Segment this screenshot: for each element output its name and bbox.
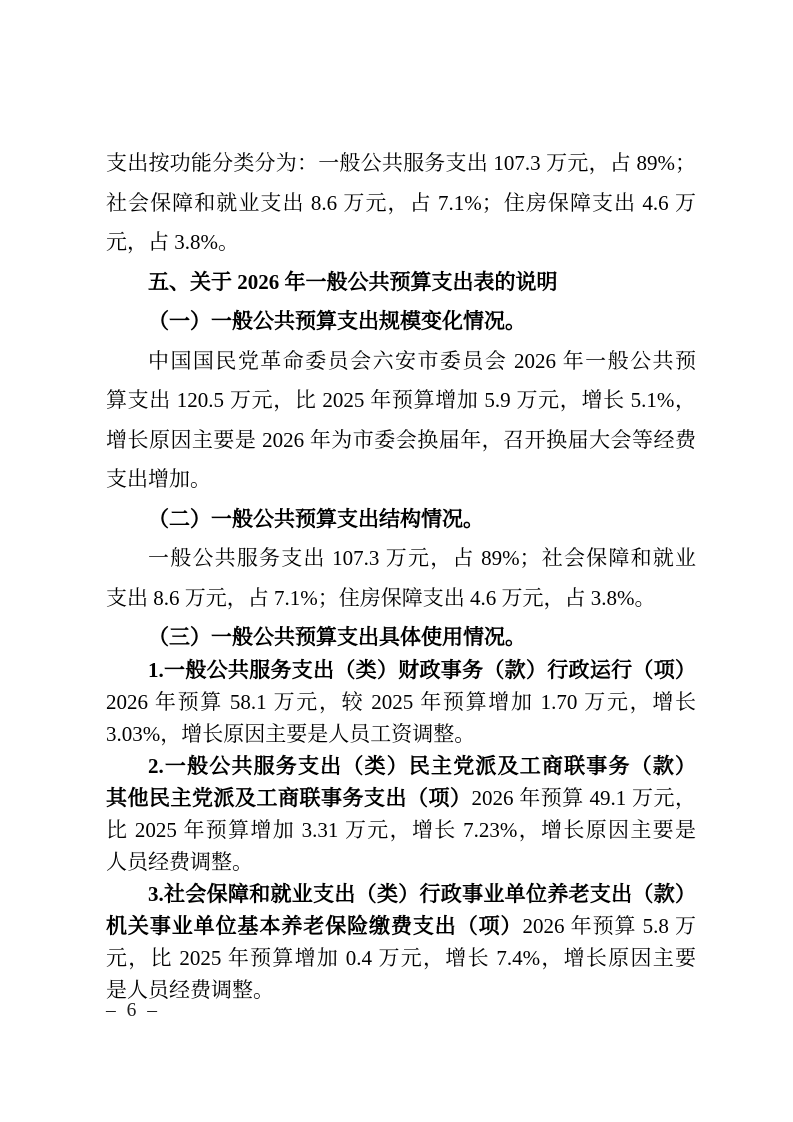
text-segment: 算支出 120.5 万元，比 2025 年预算增加 5.9 万元，增长 5.1%… [106,388,696,412]
text-line: 元，比 2025 年预算增加 0.4 万元，增长 7.4%，增长原因主要 [106,942,696,974]
text-line: 中国国民党革命委员会六安市委员会 2026 年一般公共预 [106,342,696,382]
text-line: 支出增加。 [106,460,696,500]
text-line: 机关事业单位基本养老保险缴费支出（项）2026 年预算 5.8 万 [106,910,696,942]
text-segment: 一般公共服务支出 107.3 万元，占 89%；社会保障和就业 [148,546,696,570]
text-segment: 支出增加。 [106,467,211,491]
text-segment: 2026 年预算 5.8 万 [522,914,696,938]
text-line: 2026 年预算 58.1 万元，较 2025 年预算增加 1.70 万元，增长 [106,686,696,718]
text-line: 增长原因主要是 2026 年为市委会换届年，召开换届大会等经费 [106,421,696,461]
text-segment-bold: 1.一般公共服务支出（类）财政事务（款）行政运行（项） [148,658,696,682]
document-page: 支出按功能分类分为：一般公共服务支出 107.3 万元，占 89%；社会保障和就… [0,0,793,1122]
text-line: （三）一般公共预算支出具体使用情况。 [106,618,696,658]
text-segment: 是人员经费调整。 [106,978,274,1002]
text-segment-bold: （一）一般公共预算支出规模变化情况。 [148,309,526,333]
text-segment: 2026 年预算 49.1 万元， [472,786,697,810]
text-line: 比 2025 年预算增加 3.31 万元，增长 7.23%，增长原因主要是 [106,814,696,846]
text-line: （一）一般公共预算支出规模变化情况。 [106,302,696,342]
text-line: （二）一般公共预算支出结构情况。 [106,500,696,540]
text-segment-bold: 2.一般公共服务支出（类）民主党派及工商联事务（款） [148,754,696,778]
text-segment: 元，占 3.8%。 [106,230,239,254]
text-segment: 2026 年预算 58.1 万元，较 2025 年预算增加 1.70 万元，增长 [106,690,696,714]
text-line: 3.社会保障和就业支出（类）行政事业单位养老支出（款） [106,878,696,910]
text-line: 3.03%，增长原因主要是人员工资调整。 [106,718,696,750]
text-line: 一般公共服务支出 107.3 万元，占 89%；社会保障和就业 [106,539,696,579]
text-segment-bold: （三）一般公共预算支出具体使用情况。 [148,625,526,649]
text-line: 2.一般公共服务支出（类）民主党派及工商联事务（款） [106,750,696,782]
page-number: – 6 – [106,1000,157,1022]
text-segment: 人员经费调整。 [106,850,253,874]
text-line: 1.一般公共服务支出（类）财政事务（款）行政运行（项） [106,654,696,686]
text-segment-bold: （二）一般公共预算支出结构情况。 [148,507,484,531]
text-line: 社会保障和就业支出 8.6 万元，占 7.1%；住房保障支出 4.6 万 [106,184,696,224]
text-segment: 社会保障和就业支出 8.6 万元，占 7.1%；住房保障支出 4.6 万 [106,191,696,215]
document-body-lower: 1.一般公共服务支出（类）财政事务（款）行政运行（项）2026 年预算 58.1… [106,654,696,1006]
text-segment: 中国国民党革命委员会六安市委员会 2026 年一般公共预 [148,349,696,373]
text-segment: 比 2025 年预算增加 3.31 万元，增长 7.23%，增长原因主要是 [106,818,696,842]
text-segment: 支出按功能分类分为：一般公共服务支出 107.3 万元，占 89%； [106,151,696,175]
text-segment: 元，比 2025 年预算增加 0.4 万元，增长 7.4%，增长原因主要 [106,946,696,970]
text-line: 人员经费调整。 [106,846,696,878]
text-segment-bold: 五、关于 2026 年一般公共预算支出表的说明 [148,270,558,294]
text-line: 其他民主党派及工商联事务支出（项）2026 年预算 49.1 万元， [106,782,696,814]
text-line: 算支出 120.5 万元，比 2025 年预算增加 5.9 万元，增长 5.1%… [106,381,696,421]
text-segment-bold: 机关事业单位基本养老保险缴费支出（项） [106,914,522,938]
text-line: 五、关于 2026 年一般公共预算支出表的说明 [106,263,696,303]
text-segment-bold: 其他民主党派及工商联事务支出（项） [106,786,472,810]
text-line: 支出按功能分类分为：一般公共服务支出 107.3 万元，占 89%； [106,144,696,184]
document-body-upper: 支出按功能分类分为：一般公共服务支出 107.3 万元，占 89%；社会保障和就… [106,144,696,658]
text-segment: 支出 8.6 万元，占 7.1%；住房保障支出 4.6 万元，占 3.8%。 [106,586,656,610]
text-segment-bold: 3.社会保障和就业支出（类）行政事业单位养老支出（款） [148,882,696,906]
text-segment: 增长原因主要是 2026 年为市委会换届年，召开换届大会等经费 [106,428,696,452]
text-line: 元，占 3.8%。 [106,223,696,263]
text-segment: 3.03%，增长原因主要是人员工资调整。 [106,722,475,746]
text-line: 支出 8.6 万元，占 7.1%；住房保障支出 4.6 万元，占 3.8%。 [106,579,696,619]
text-line: 是人员经费调整。 [106,974,696,1006]
